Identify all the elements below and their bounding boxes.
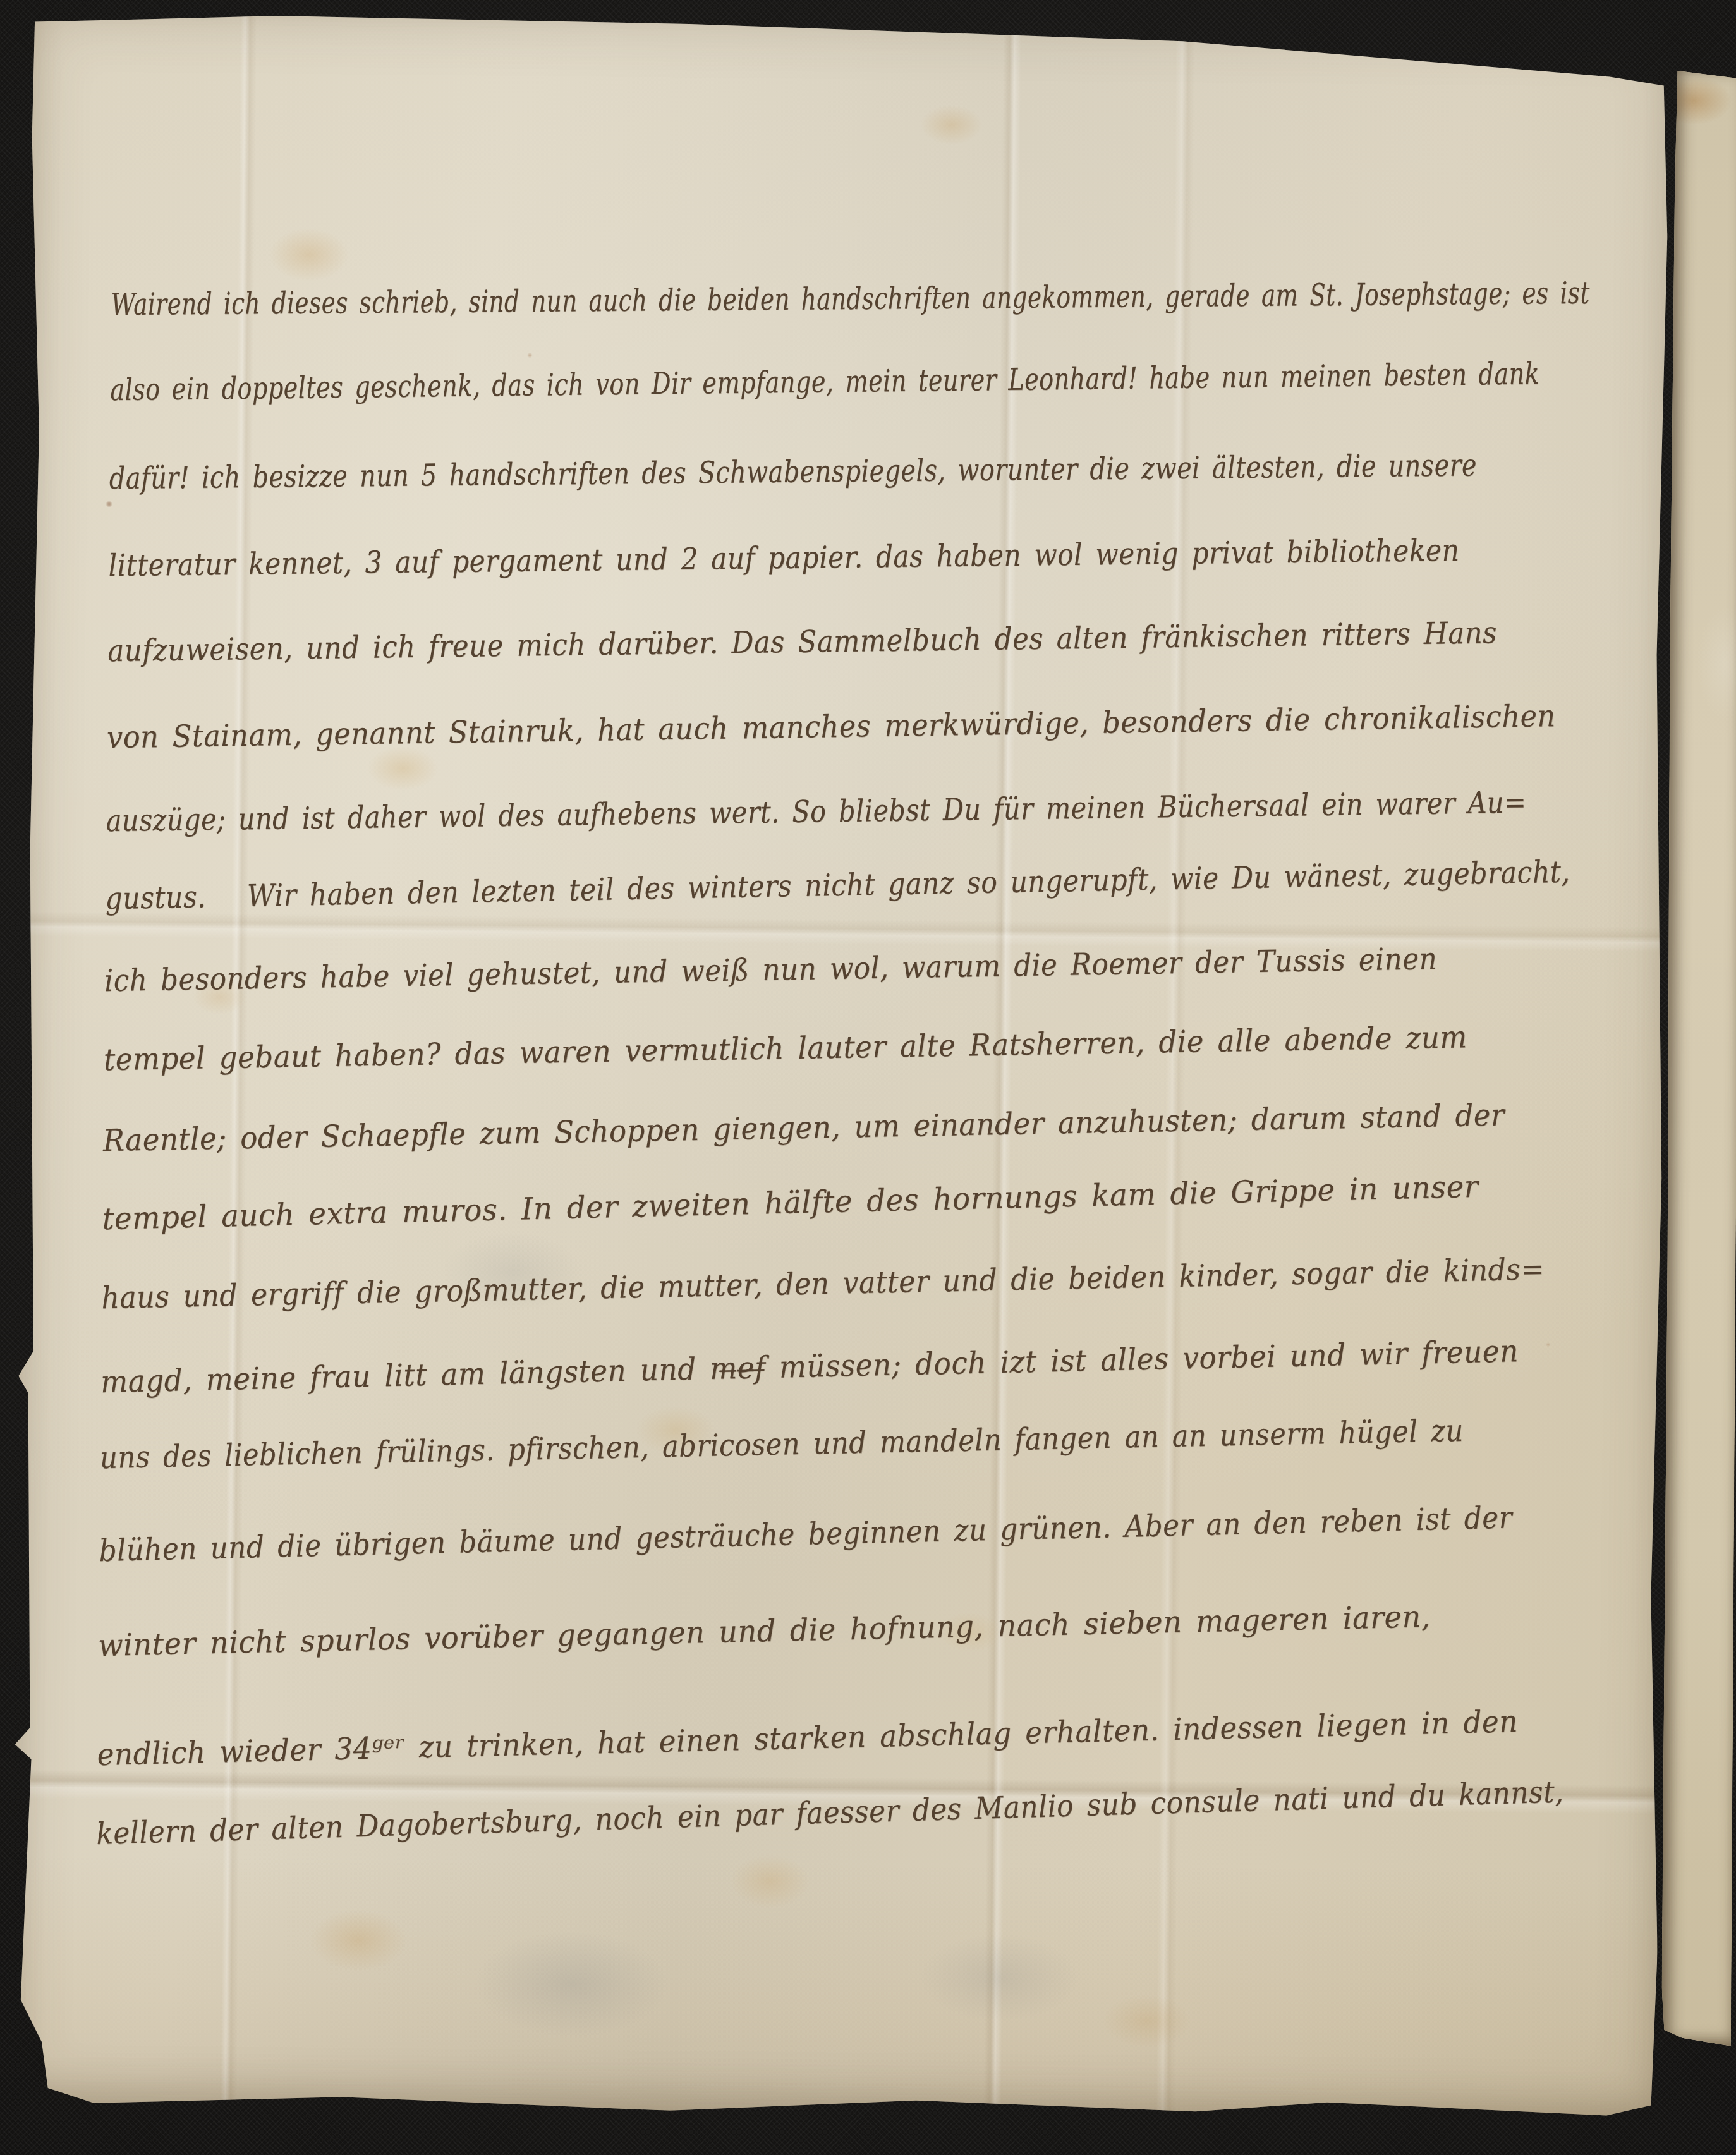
handwriting-line-7: auszüge; und ist daher wol des aufhebens… (106, 771, 1527, 853)
handwriting-line-17: winter nicht spurlos vorüber gegangen un… (97, 1585, 1431, 1677)
handwriting-line-13: haus und ergriff die großmutter, die mut… (100, 1237, 1545, 1330)
handwriting-line-9: ich besonders habe viel gehustet, und we… (104, 927, 1438, 1012)
handwriting-line-12: tempel auch extra muros. In der zweiten … (101, 1155, 1479, 1251)
handwriting-line-15: uns des lieblichen frülings. pfirschen, … (99, 1399, 1464, 1490)
photo-backdrop: Wairend ich dieses schrieb, sind nun auc… (0, 0, 1736, 2155)
handwriting-line-5: aufzuweisen, und ich freue mich darüber.… (107, 601, 1498, 683)
handwriting-line-16: blühen und die übrigen bäume und gesträu… (98, 1486, 1513, 1582)
second-page-edge (1661, 71, 1736, 2046)
handwriting-line-4: litteratur kennet, 3 auf pergament und 2… (108, 519, 1460, 597)
handwriting-line-2: also ein doppeltes geschenk, das ich von… (110, 343, 1540, 422)
handwriting-line-10: tempel gebaut haben? das waren vermutlic… (103, 1005, 1467, 1091)
handwriting-line-8: gustus. Wir haben den lezten teil des wi… (105, 841, 1571, 930)
handwriting-line-3: dafür! ich besizze nun 5 handschriften d… (109, 434, 1477, 510)
handwriting-line-6: von Stainam, genannt Stainruk, hat auch … (106, 684, 1556, 769)
handwriting-line-14: magd, meine frau litt am längsten und m̶… (100, 1320, 1519, 1414)
handwriting-line-1: Wairend ich dieses schrieb, sind nun auc… (111, 262, 1590, 336)
letter-sheet: Wairend ich dieses schrieb, sind nun auc… (11, 11, 1676, 2120)
